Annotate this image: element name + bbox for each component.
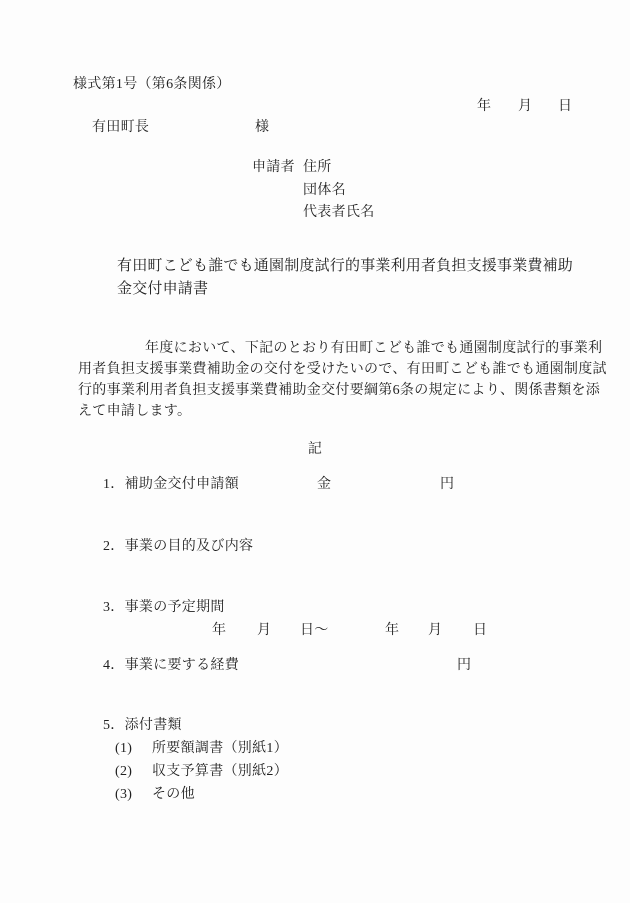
attachment-text: その他 [152,788,195,802]
addressee-honorific: 様 [255,121,269,135]
item1-currency-prefix: 金 [317,478,331,492]
date-year-label: 年 [477,100,491,114]
attachment-text: 収支予算書（別紙2） [152,765,288,779]
document-title-line2: 金交付申請書 [117,282,208,297]
item4-label: 4．事業に要する経費 [103,659,239,673]
attachment-text: 所要額調書（別紙1） [152,742,288,756]
addressee-name: 有田町長 [92,121,149,135]
date-day-label: 日 [558,100,572,114]
period-to-day-label: 日 [473,624,487,638]
body-line-3: 行的事業利用者負担支援事業費補助金交付要綱第6条の規定により、関係書類を添 [78,384,600,398]
period-from-month-label: 月 [257,624,271,638]
body-line-1: 年度において、下記のとおり有田町こども誰でも通園制度試行的事業利 [145,342,602,356]
item2-label: 2．事業の目的及び内容 [103,540,253,554]
item1-label: 1．補助金交付申請額 [103,478,239,492]
item4-currency-suffix: 円 [457,659,471,673]
attachment-number: (3) [115,788,132,802]
period-to-year-label: 年 [385,624,399,638]
period-from-year-label: 年 [212,624,226,638]
applicant-representative-label: 代表者氏名 [303,206,375,220]
period-from-day-label: 日～ [300,624,329,638]
record-marker: 記 [0,443,630,457]
form-number-label: 様式第1号（第6条関係） [73,78,231,92]
attachment-number: (2) [115,765,132,779]
applicant-organization-label: 団体名 [303,184,346,198]
item1-currency-suffix: 円 [440,478,454,492]
item3-label: 3．事業の予定期間 [103,601,225,615]
application-form-page: 様式第1号（第6条関係） 年 月 日 有田町長 様 申請者 住所 団体名 代表者… [0,0,630,903]
applicant-label: 申請者 [252,161,295,175]
date-month-label: 月 [518,100,532,114]
attachment-number: (1) [115,742,132,756]
period-to-month-label: 月 [428,624,442,638]
applicant-address-label: 住所 [303,161,332,175]
body-line-2: 用者負担支援事業費補助金の交付を受けたいので、有田町こども誰でも通園制度試 [78,363,607,377]
item5-label: 5．添付書類 [103,719,182,733]
document-title-line1: 有田町こども誰でも通園制度試行的事業利用者負担支援事業費補助 [117,259,573,274]
body-line-4: えて申請します。 [78,405,191,419]
